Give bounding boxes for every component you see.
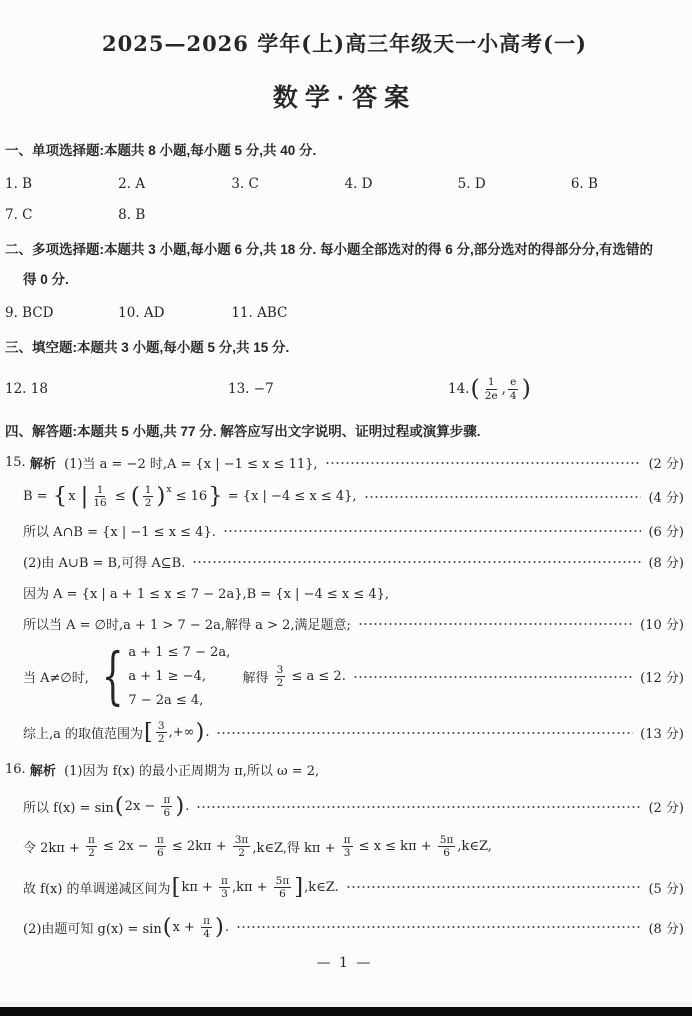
fraction: π6 <box>161 794 172 819</box>
cases-brace: { <box>102 647 124 706</box>
section-3-answers: 12. 18 13. −7 14. (12e,e4) <box>5 371 684 407</box>
fraction: 3π2 <box>233 834 251 859</box>
answer-q11: 11. ABC <box>231 305 344 321</box>
solution-line: 因为 A = {x | a + 1 ≤ x ≤ 7 − 2a},B = {x |… <box>5 583 684 602</box>
fraction: 12e <box>483 376 500 401</box>
dotted-leader <box>216 731 633 735</box>
answer-q4: 4. D <box>344 176 457 192</box>
answer-q7: 7. C <box>5 207 118 223</box>
solution-line: 故 f(x) 的单调递减区间为[kπ + π3,kπ + 5π6],k∈Z.(5… <box>5 875 684 900</box>
question-16-solution: 16. 解析 (1)因为 f(x) 的最小正周期为 π,所以 ω = 2,所以 … <box>5 760 684 940</box>
fraction: 5π6 <box>438 834 456 859</box>
page-title: 2025—2026 学年(上)高三年级天一小高考(一) <box>5 28 684 58</box>
answer-q13: 13. −7 <box>228 381 448 397</box>
fraction: π3 <box>219 875 230 900</box>
scan-edge-black-bar <box>0 1007 692 1016</box>
solution-line: (2)由 A∪B = B,可得 A⊆B.(8 分) <box>5 552 684 571</box>
dotted-leader <box>353 675 633 679</box>
score-label: (6 分) <box>648 521 684 540</box>
section-1-heading: 一、单项选择题:本题共 8 小题,每小题 5 分,共 40 分. <box>5 142 684 160</box>
answer-q12: 12. 18 <box>5 381 228 397</box>
solution-line: 所以 A∩B = {x | −1 ≤ x ≤ 4}.(6 分) <box>5 521 684 540</box>
answer-q9: 9. BCD <box>5 305 118 321</box>
solution-line: 15. 解析 (1)当 a = −2 时,A = {x | −1 ≤ x ≤ 1… <box>5 453 684 472</box>
score-label: (8 分) <box>648 552 684 571</box>
dotted-leader <box>223 529 642 533</box>
solution-line: 16. 解析 (1)因为 f(x) 的最小正周期为 π,所以 ω = 2, <box>5 760 684 779</box>
fraction: π6 <box>155 834 166 859</box>
score-label: (13 分) <box>640 723 684 742</box>
answer-q14: 14. (12e,e4) <box>448 376 684 401</box>
solution-line: (2)由题可知 g(x) = sin(x + π4).(8 分) <box>5 915 684 940</box>
solution-line: 所以 f(x) = sin(2x − π6).(2 分) <box>5 794 684 819</box>
page-number: — 1 — <box>5 955 684 971</box>
solution-line: 所以当 A = ∅时,a + 1 > 7 − 2a,解得 a > 2,满足题意;… <box>5 614 684 633</box>
solution-line: 令 2kπ + π2 ≤ 2x − π6 ≤ 2kπ + 3π2,k∈Z,得 k… <box>5 834 684 859</box>
fraction: e4 <box>508 376 519 401</box>
fraction: 12 <box>143 484 154 509</box>
dotted-leader <box>358 622 633 626</box>
answer-q2: 2. A <box>118 176 231 192</box>
fraction: 5π6 <box>274 875 292 900</box>
question-15-solution: 15. 解析 (1)当 a = −2 时,A = {x | −1 ≤ x ≤ 1… <box>5 453 684 745</box>
answer-q1: 1. B <box>5 176 118 192</box>
fraction: 116 <box>91 484 108 509</box>
dotted-leader <box>196 805 641 809</box>
dotted-leader <box>364 495 642 499</box>
dotted-leader <box>236 925 641 929</box>
section-1-answers: 1. B 2. A 3. C 4. D 5. D 6. B 7. C 8. B <box>5 176 684 223</box>
section-3-heading: 三、填空题:本题共 3 小题,每小题 5 分,共 15 分. <box>5 339 684 357</box>
answer-q5: 5. D <box>458 176 571 192</box>
answer-q10: 10. AD <box>118 305 231 321</box>
score-label: (5 分) <box>648 878 684 897</box>
answer-q3: 3. C <box>231 176 344 192</box>
dotted-leader <box>325 461 642 465</box>
section-2-answers: 9. BCD 10. AD 11. ABC <box>5 305 684 321</box>
fraction: π3 <box>342 834 353 859</box>
score-label: (12 分) <box>640 667 684 686</box>
fraction: 32 <box>156 720 167 745</box>
dotted-leader <box>346 885 642 889</box>
answer-sheet-page: 2025—2026 学年(上)高三年级天一小高考(一) 数学·答案 一、单项选择… <box>0 0 692 971</box>
cases-system: {a + 1 ≤ 7 − 2a,a + 1 ≥ −4,7 − 2a ≤ 4, <box>93 645 230 708</box>
fraction: π2 <box>86 834 97 859</box>
score-label: (10 分) <box>640 614 684 633</box>
fraction: π4 <box>201 915 212 940</box>
dotted-leader <box>192 560 641 564</box>
answer-q8: 8. B <box>118 207 231 223</box>
section-2-heading: 二、多项选择题:本题共 3 小题,每小题 6 分,共 18 分. 每小题全部选对… <box>5 241 684 259</box>
score-label: (2 分) <box>648 797 684 816</box>
solution-line: B = {x |116 ≤ (12)x ≤ 16} = {x | −4 ≤ x … <box>5 484 684 509</box>
answer-q6: 6. B <box>571 176 684 192</box>
fraction: 32 <box>275 664 286 689</box>
section-2-heading-continued: 得 0 分. <box>23 271 684 289</box>
solution-line: 当 A≠∅时,{a + 1 ≤ 7 − 2a,a + 1 ≥ −4,7 − 2a… <box>5 645 684 708</box>
page-subtitle: 数学·答案 <box>5 78 684 114</box>
score-label: (4 分) <box>648 487 684 506</box>
section-4-heading: 四、解答题:本题共 5 小题,共 77 分. 解答应写出文字说明、证明过程或演算… <box>5 423 684 441</box>
score-label: (2 分) <box>648 453 684 472</box>
solution-line: 综上,a 的取值范围为[32,+∞).(13 分) <box>5 720 684 745</box>
score-label: (8 分) <box>648 918 684 937</box>
